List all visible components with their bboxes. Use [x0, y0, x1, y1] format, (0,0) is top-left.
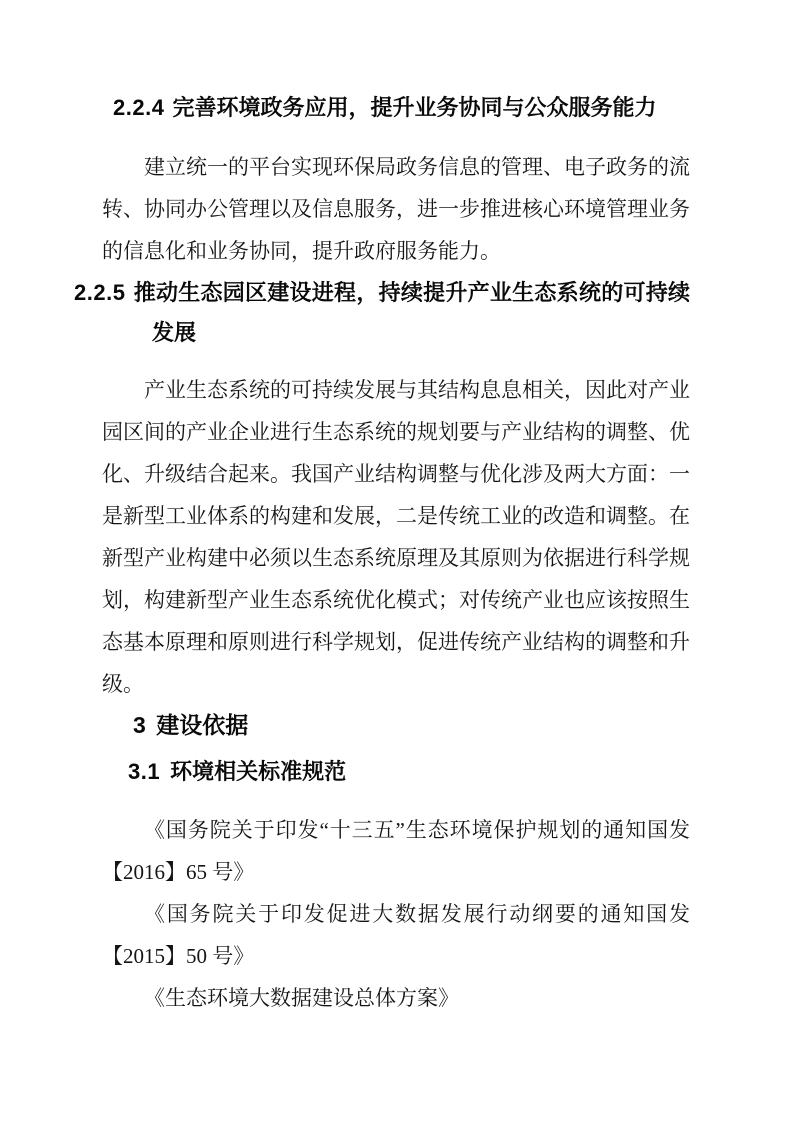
document-page: 2.2.4完善环境政务应用，提升业务协同与公众服务能力 建立统一的平台实现环保局…	[0, 0, 793, 1122]
heading-3-1-title: 环境相关标准规范	[170, 759, 346, 784]
paragraph-eco-industry: 产业生态系统的可持续发展与其结构息息相关，因此对产业园区间的产业企业进行生态系统…	[102, 369, 690, 705]
heading-3: 3建设依据	[133, 707, 690, 743]
reference-guofa-2016-65: 《国务院关于印发“十三五”生态环境保护规划的通知国发【2016】65 号》	[102, 809, 690, 893]
heading-2-2-5-title: 推动生态园区建设进程，持续提升产业生态系统的可持续发展	[133, 280, 690, 345]
reference-eco-bigdata-plan: 《生态环境大数据建设总体方案》	[102, 977, 690, 1019]
heading-2-2-5: 2.2.5推动生态园区建设进程，持续提升产业生态系统的可持续发展	[113, 273, 690, 353]
heading-2-2-4-number: 2.2.4	[113, 90, 164, 126]
heading-3-1-number: 3.1	[128, 754, 160, 790]
heading-2-2-4-title: 完善环境政务应用，提升业务协同与公众服务能力	[172, 95, 656, 120]
paragraph-egov-platform: 建立统一的平台实现环保局政务信息的管理、电子政务的流转、协同办公管理以及信息服务…	[102, 146, 690, 272]
heading-3-number: 3	[133, 707, 146, 743]
heading-2-2-4: 2.2.4完善环境政务应用，提升业务协同与公众服务能力	[113, 90, 690, 126]
heading-3-title: 建设依据	[156, 712, 248, 738]
reference-guofa-2015-50: 《国务院关于印发促进大数据发展行动纲要的通知国发【2015】50 号》	[102, 893, 690, 977]
heading-2-2-5-number: 2.2.5	[113, 273, 125, 313]
heading-3-1: 3.1环境相关标准规范	[128, 754, 690, 790]
